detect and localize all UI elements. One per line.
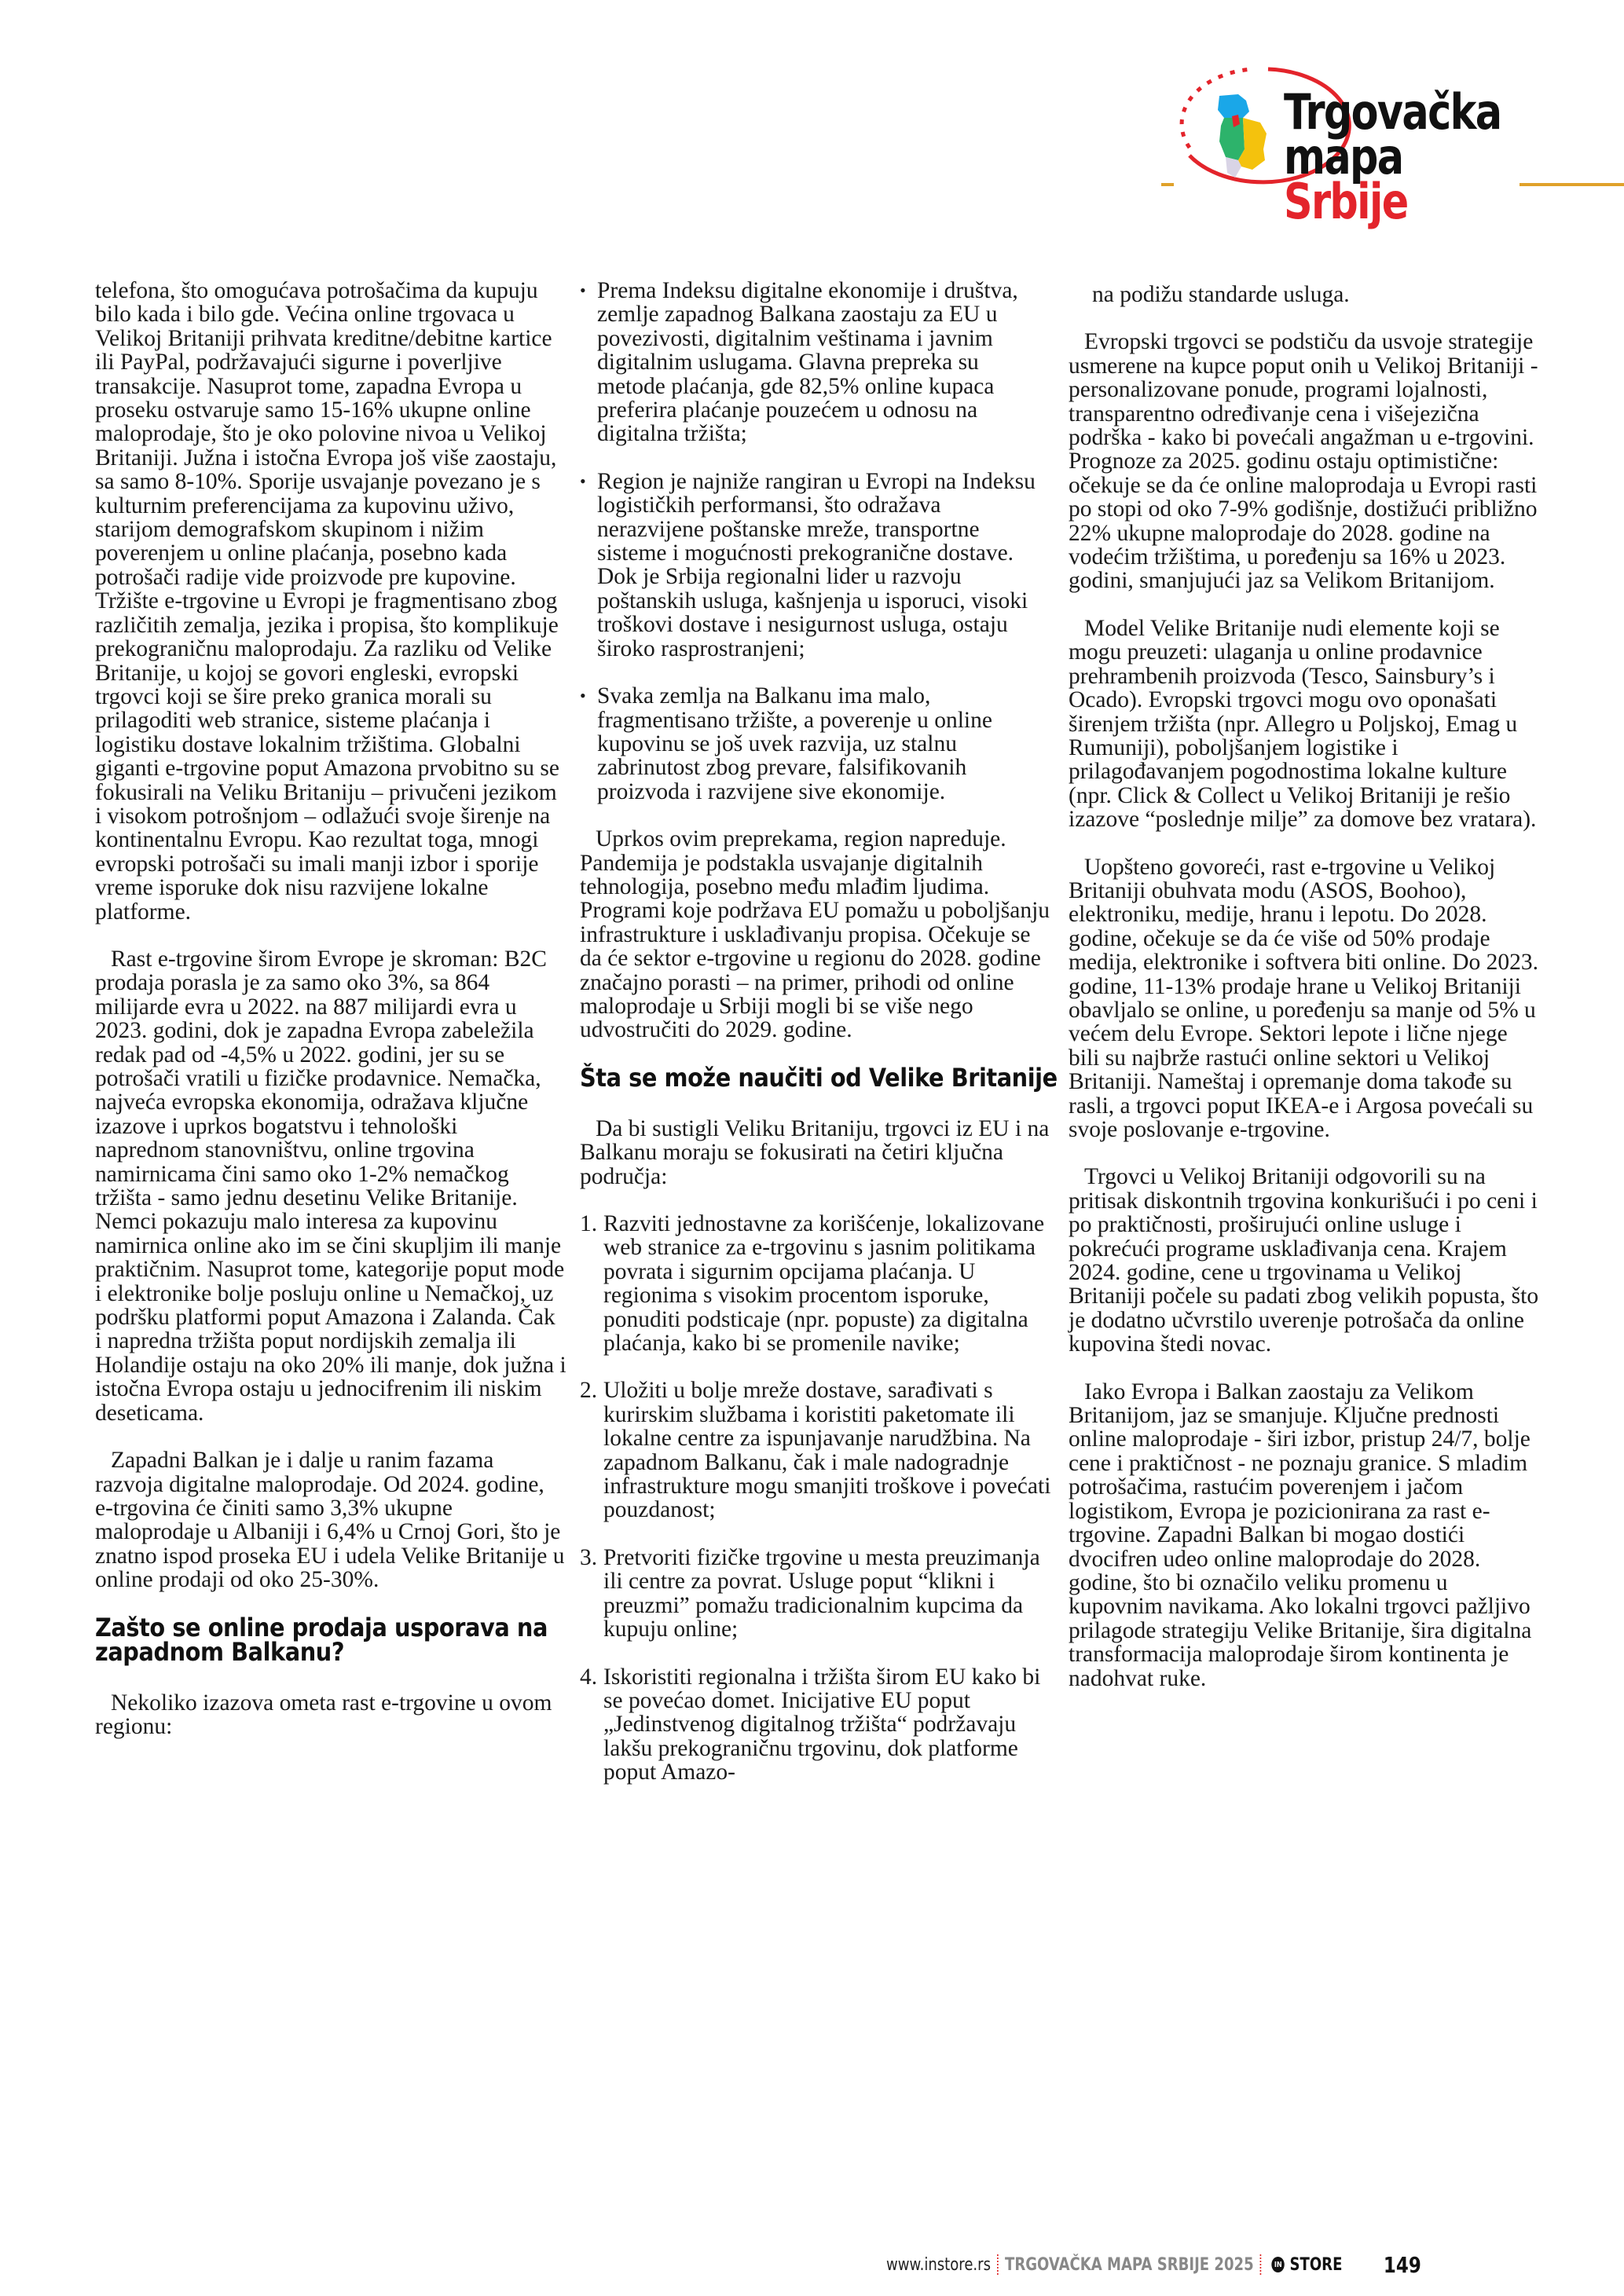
bullet-icon: • [580, 279, 597, 446]
magazine-page: Trgovačka mapa Srbije telefona, što omog… [0, 0, 1624, 2296]
section-heading: Zašto se online prodaja usporava na zapa… [95, 1616, 583, 1664]
item-number: 3. [580, 1546, 603, 1642]
item-number: 4. [580, 1665, 603, 1785]
publication-logo: Trgovačka mapa Srbije [1174, 61, 1520, 187]
numbered-item: 4. Iskoristiti regionalna i tržišta širo… [580, 1665, 1051, 1785]
logo-highlight: Srbije [1284, 173, 1408, 230]
instore-icon: IN [1272, 2257, 1285, 2272]
numbered-item: 2. Uložiti u bolje mreže dostave, sarađi… [580, 1379, 1051, 1522]
numbered-item: 3. Pretvoriti fizičke trgovine u mesta p… [580, 1546, 1051, 1642]
bullet-icon: • [580, 470, 597, 661]
footer-separator [1260, 2254, 1262, 2275]
paragraph: Evropski trgovci se podstiču da usvoje s… [1069, 330, 1540, 592]
numbered-item: 1. Razviti jednostavne za korišćenje, lo… [580, 1212, 1051, 1355]
footer-separator [997, 2254, 999, 2275]
logo-line-2: mapa Srbije [1284, 134, 1501, 224]
bullet-item: • Prema Indeksu digitalne ekonomije i dr… [580, 279, 1051, 446]
bullet-item: • Svaka zemlja na Balkanu ima malo, frag… [580, 684, 1051, 804]
paragraph: Uopšteno govoreći, rast e-trgovine u Vel… [1069, 855, 1540, 1142]
article-column-1: telefona, što omogućava potrošačima da k… [95, 279, 566, 1762]
list-continuation: na podižu standarde usluga. [1069, 283, 1540, 306]
item-text: Uložiti u bolje mreže dostave, sarađivat… [603, 1379, 1051, 1522]
paragraph: telefona, što omogućava potrošačima da k… [95, 279, 566, 924]
item-text: Pretvoriti fizičke trgovine u mesta preu… [603, 1546, 1051, 1642]
page-number: 149 [1384, 2252, 1421, 2278]
article-column-2: • Prema Indeksu digitalne ekonomije i dr… [580, 279, 1051, 1808]
paragraph: Rast e-trgovine širom Evrope je skroman:… [95, 947, 566, 1425]
section-heading: Šta se može naučiti od Velike Britanije [580, 1066, 1068, 1090]
brand-logo: IN STORE [1272, 2255, 1343, 2275]
article-column-3: na podižu standarde usluga. Evropski trg… [1069, 283, 1540, 1714]
item-number: 2. [580, 1379, 603, 1522]
paragraph: Uprkos ovim preprekama, region napreduje… [580, 827, 1051, 1042]
item-number: 1. [580, 1212, 603, 1355]
bullet-text: Prema Indeksu digitalne ekonomije i druš… [597, 279, 1051, 446]
bullet-item: • Region je najniže rangiran u Evropi na… [580, 470, 1051, 661]
bullet-icon: • [580, 684, 597, 804]
paragraph: Trgovci u Velikoj Britaniji odgovorili s… [1069, 1165, 1540, 1356]
bullet-text: Svaka zemlja na Balkanu ima malo, fragme… [597, 684, 1051, 804]
paragraph: Iako Evropa i Balkan zaostaju za Velikom… [1069, 1380, 1540, 1690]
bullet-text: Region je najniže rangiran u Evropi na I… [597, 470, 1051, 661]
brand-name: STORE [1290, 2255, 1343, 2275]
logo-wordmark: Trgovačka mapa Srbije [1284, 90, 1501, 224]
publication-title: TRGOVAČKA MAPA SRBIJE 2025 [1005, 2255, 1254, 2275]
paragraph: Da bi sustigli Veliku Britaniju, trgovci… [580, 1117, 1051, 1188]
item-text: Razviti jednostavne za korišćenje, lokal… [603, 1212, 1051, 1355]
paragraph: Zapadni Balkan je i dalje u ranim fazama… [95, 1448, 566, 1591]
serbia-map-icon [1215, 94, 1270, 179]
website-link[interactable]: www.instore.rs [886, 2255, 991, 2275]
page-footer: www.instore.rs TRGOVAČKA MAPA SRBIJE 202… [886, 2251, 1421, 2278]
paragraph: Nekoliko izazova ometa rast e-trgovine u… [95, 1691, 566, 1739]
item-text: Iskoristiti regionalna i tržišta širom E… [603, 1665, 1051, 1785]
paragraph: Model Velike Britanije nudi elemente koj… [1069, 617, 1540, 832]
